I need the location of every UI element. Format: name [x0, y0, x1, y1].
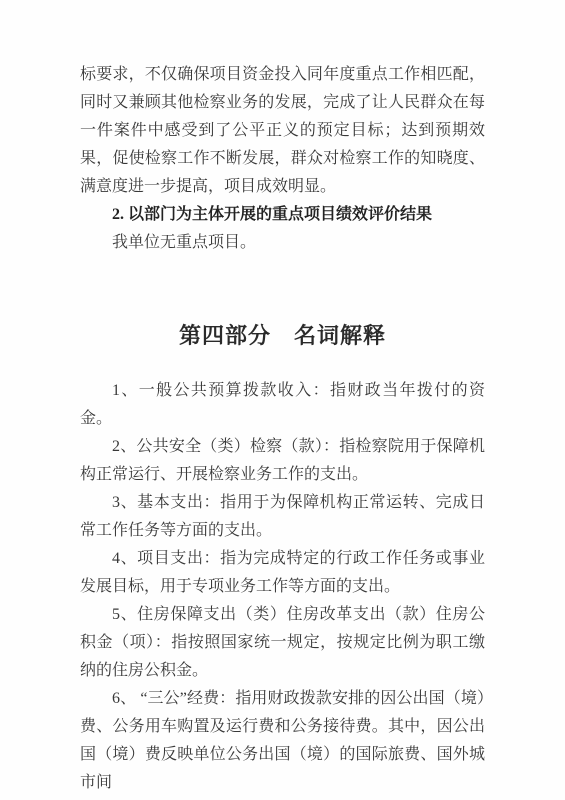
definition-item-general-public-budget-income: 1、一般公共预算拨款收入：指财政当年拨付的资金。: [80, 377, 485, 433]
definition-item-project-expenditure: 4、项目支出：指为完成特定的行政工作任务或事业发展目标，用于专项业务工作等方面的…: [80, 545, 485, 601]
definitions-list: 1、一般公共预算拨款收入：指财政当年拨付的资金。 2、公共安全（类）检察（款）：…: [80, 377, 485, 797]
definition-item-basic-expenditure: 3、基本支出：指用于为保障机构正常运转、完成日常工作任务等方面的支出。: [80, 489, 485, 545]
paragraph-performance-result-continuation: 标要求，不仅确保项目资金投入同年度重点工作相匹配，同时又兼顾其他检察业务的发展，…: [80, 61, 485, 201]
section-title-part-four-glossary: 第四部分 名词解释: [80, 321, 485, 351]
definition-item-housing-fund: 5、住房保障支出（类）住房改革支出（款）住房公积金（项）：指按照国家统一规定，按…: [80, 601, 485, 685]
definition-item-public-security-procuratorate: 2、公共安全（类）检察（款）：指检察院用于保障机构正常运行、开展检察业务工作的支…: [80, 433, 485, 489]
paragraph-no-key-project: 我单位无重点项目。: [80, 229, 485, 257]
document-page: 标要求，不仅确保项目资金投入同年度重点工作相匹配，同时又兼顾其他检察业务的发展，…: [0, 0, 565, 800]
subsection-heading-department-key-projects: 2. 以部门为主体开展的重点项目绩效评价结果: [80, 201, 485, 229]
definition-item-three-public-funds: 6、 “三公”经费：指用财政拨款安排的因公出国（境）费、公务用车购置及运行费和公…: [80, 685, 485, 797]
